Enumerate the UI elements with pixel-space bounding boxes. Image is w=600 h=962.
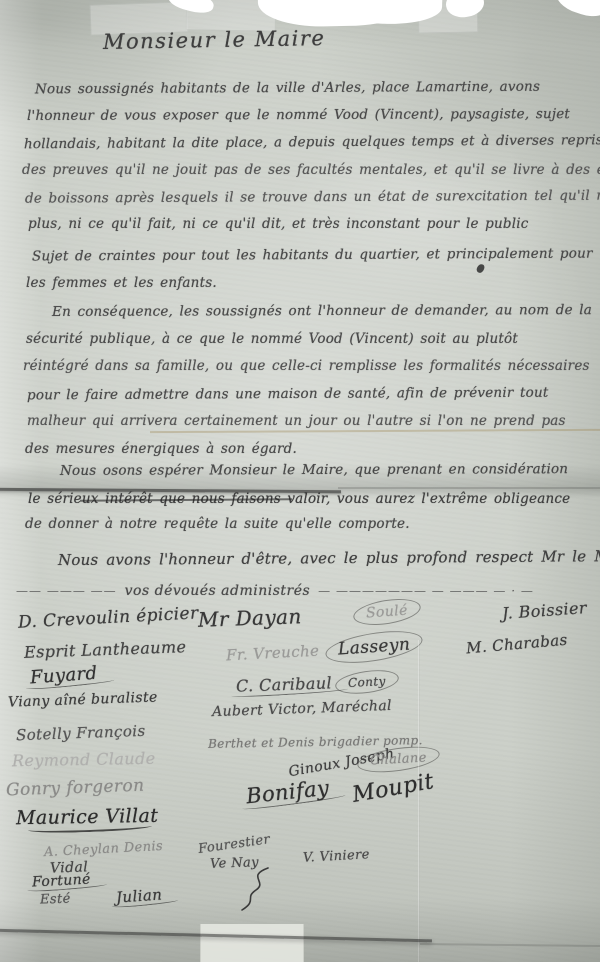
- ink-blot: [476, 263, 486, 274]
- letter-line: de donner à notre requête la suite qu'el…: [25, 516, 410, 532]
- torn-paper-patch: [553, 0, 600, 22]
- signature: Fourestier: [197, 832, 271, 857]
- salutation: Monsieur le Maire: [103, 26, 326, 54]
- signature: D. Crevoulin épicier: [18, 603, 199, 632]
- letter-line: des mesures énergiques à son égard.: [25, 441, 297, 457]
- letter-line: Nous soussignés habitants de la ville d'…: [35, 79, 540, 98]
- signature: Esprit Lantheaume: [24, 637, 187, 662]
- signature: Viany aîné buraliste: [8, 689, 158, 710]
- signature: Soulé: [365, 603, 408, 622]
- letter-line: pour le faire admettre dans une maison d…: [27, 385, 549, 404]
- valediction: Nous avons l'honneur d'être, avec le plu…: [58, 547, 600, 569]
- letter-line: Sujet de craintes pour tout les habitant…: [32, 246, 593, 265]
- fold-shadow-band: [0, 464, 600, 498]
- signature: Bonifay: [245, 776, 330, 809]
- signature: Conty: [348, 674, 386, 690]
- fold-crease-line: [338, 487, 600, 489]
- signature: Sotelly François: [16, 722, 146, 745]
- signature: Moupit: [350, 769, 435, 808]
- letter-line: hollandais, habitant la dite place, a de…: [24, 132, 600, 152]
- signature: Reymond Claude: [12, 749, 156, 771]
- signature: Lasseyn: [337, 635, 411, 660]
- signature: A. Cheylan Denis: [44, 839, 164, 860]
- flourish-dashes-left: —— ——— ——: [16, 584, 117, 598]
- signature: Aubert Victor, Maréchal: [212, 698, 392, 720]
- tape-repair: [200, 924, 304, 962]
- crease-line: [150, 429, 600, 433]
- letter-line: de boissons après lesquels il se trouve …: [25, 187, 600, 206]
- signature: Gonry forgeron: [6, 776, 145, 801]
- signature: J. Boissier: [501, 598, 587, 623]
- letter-line: les femmes et les enfants.: [26, 275, 217, 291]
- signature: C. Caribaul: [236, 673, 333, 695]
- letter-line: l'honneur de vous exposer que le nommé V…: [27, 106, 570, 124]
- letter-line: En conséquence, les soussignés ont l'hon…: [52, 302, 592, 320]
- closing-row: —— ——— —— vos dévoués administrés — ————…: [16, 583, 582, 599]
- letter-line: sécurité publique, à ce que le nommé Voo…: [26, 331, 518, 347]
- signature: M. Charabas: [465, 631, 568, 658]
- signature: Fuyard: [29, 663, 98, 689]
- signature: Fr. Vreuche: [226, 642, 320, 665]
- flourish-dashes-right: — ——————— — ——— — · —: [318, 584, 534, 598]
- letter-line: des preuves qu'il ne jouit pas de ses fa…: [22, 162, 600, 178]
- letter-line: malheur qui arrivera certainement un jou…: [27, 413, 566, 429]
- signature: Fortuné: [32, 871, 92, 890]
- letter-line: réintégré dans sa famille, ou que celle-…: [23, 358, 590, 374]
- letter-line: plus, ni ce qu'il fait, ni ce qu'il dit,…: [28, 216, 529, 232]
- signature: Mr Dayan: [198, 604, 302, 632]
- scanned-letter-page: Monsieur le Maire Nous soussignés habita…: [0, 0, 600, 962]
- signature: V. Viniere: [303, 847, 371, 865]
- closing-phrase: vos dévoués administrés: [125, 583, 311, 599]
